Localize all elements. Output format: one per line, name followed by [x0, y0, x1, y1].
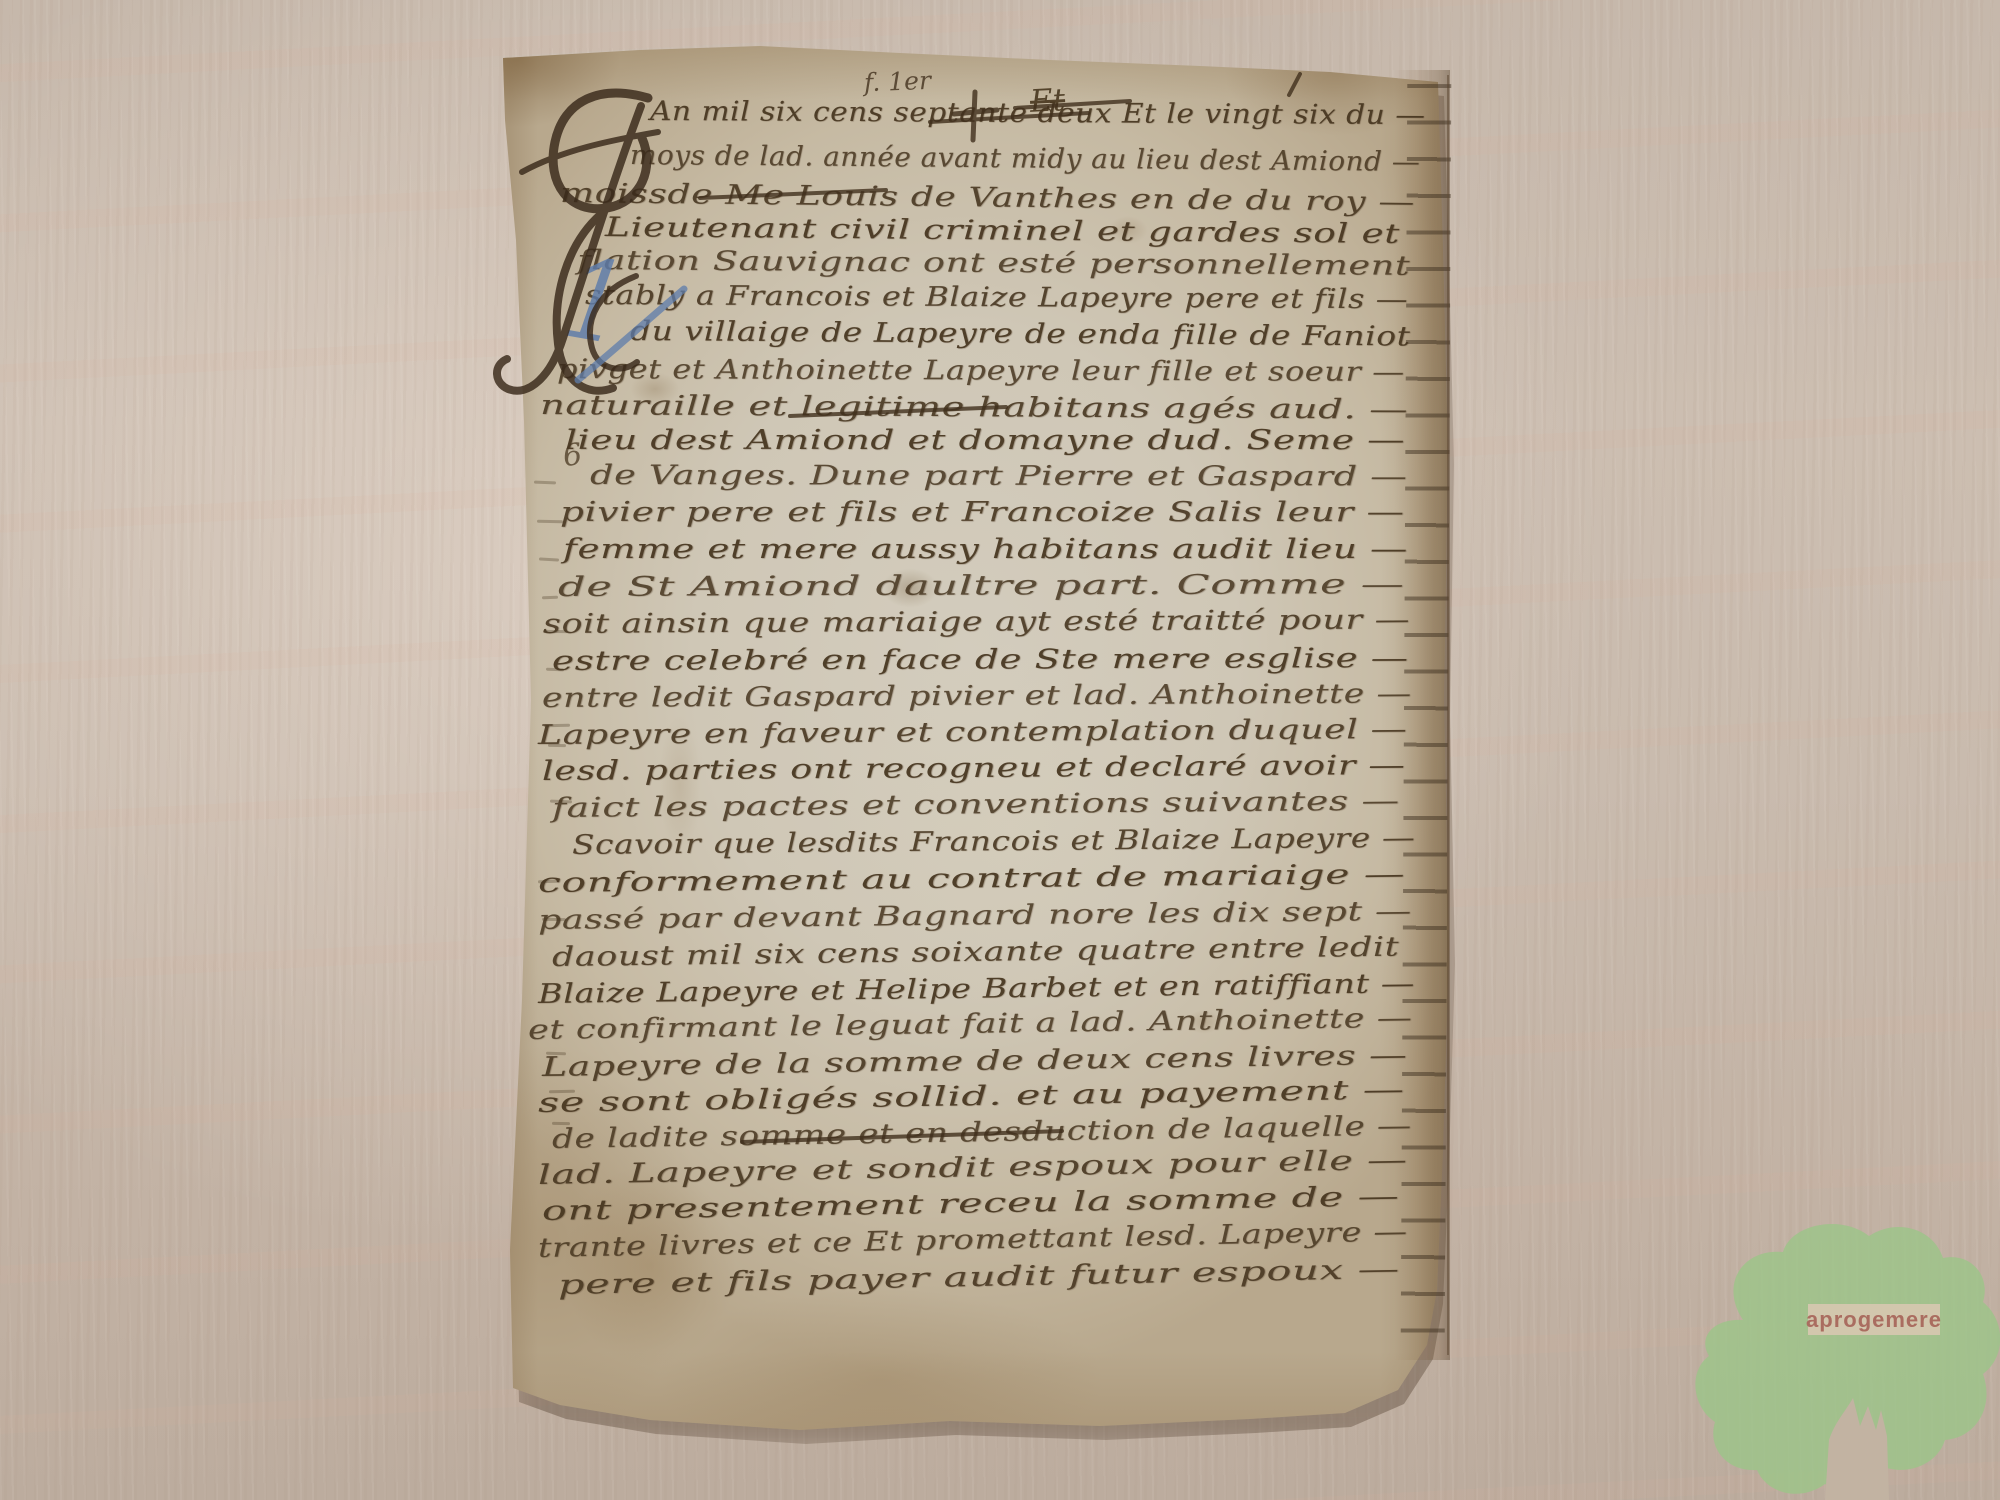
struck-out-word: Et [1029, 83, 1066, 119]
folio-number-notation: f. 1er [864, 67, 932, 97]
bleedthrough-dash [546, 668, 564, 672]
bleedthrough-dash [542, 596, 558, 600]
bleedthrough-dash [544, 724, 570, 727]
photo-of-manuscript: An mil six cens septante deux Et le ving… [0, 0, 2000, 1500]
stain [750, 565, 1270, 1085]
bleedthrough-dash [542, 918, 566, 921]
manuscript-page [500, 45, 1450, 1435]
bleedthrough-dash [537, 520, 563, 523]
bleedthrough-dash [546, 1052, 566, 1056]
stain [1180, 1005, 1228, 1039]
stain [530, 1125, 770, 1405]
watermark-tree-canopy [1695, 1224, 2000, 1494]
watermark-tree-trunk [1825, 1398, 1889, 1500]
bleedthrough-dash [549, 1090, 575, 1093]
bleedthrough-dash [543, 630, 567, 633]
bleedthrough-dash [552, 1122, 570, 1125]
stain [620, 365, 690, 413]
watermark-label-text: aprogemere [1806, 1307, 1942, 1332]
stain [870, 560, 950, 616]
watermark-label-box [1808, 1304, 1940, 1335]
watermark-logo: aprogemere [1615, 1172, 2000, 1500]
stain [1100, 210, 1156, 250]
bleedthrough-dash [548, 744, 566, 747]
stain [650, 685, 710, 885]
